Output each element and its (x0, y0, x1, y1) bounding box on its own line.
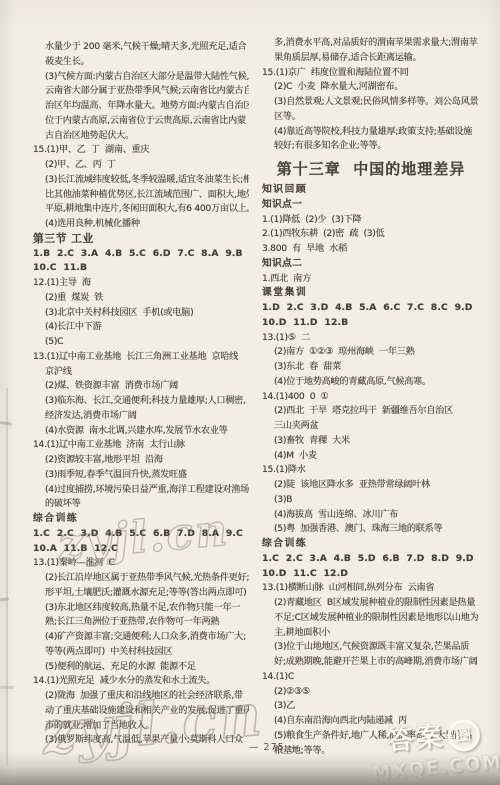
scanned-answer-page: 水量少于 200 毫米,气候干燥;晴天多,光照充足,适合莜麦生长。(3)气候方面… (0, 0, 500, 785)
scan-bottom-edge (0, 752, 500, 785)
answer-item-line: 1.西北 南方 (262, 272, 480, 287)
answer-text-line: (4)靠近高等院校,科技力量雄厚;政策支持;基础设施 (262, 125, 480, 140)
answer-text-line: (4)自东南沿海向西北内陆递减 丙 (262, 714, 480, 729)
subsection-heading: 综合训练 (33, 512, 249, 527)
answer-text-line: (3)东北地区纬度较高,热量不足,农作物只能一年一 (33, 601, 249, 616)
answer-text-line: (4)过度捕捞,环境污染日益严重,海洋工程建设对渔场 (33, 483, 249, 498)
answer-text-line: (4)选用良种,机械化播种 (33, 217, 249, 232)
answer-text-line: (2)陡 该地区降水多 亚热带常绿阔叶林 (262, 478, 480, 493)
answer-text-line: 熟;长江三角洲位于亚热带,农作物可一年两熟 (33, 615, 249, 630)
answer-text-line: (4)位于地势高峻的青藏高原,气候高寒。 (262, 375, 480, 390)
answer-text-line: (2)南方 ①②③ 琼州海峡 一年三熟 (262, 345, 480, 360)
answer-key-row: 1.C 2.C 3.A 4.B 5.D 6.B 7.D 8.D 9.D (262, 552, 480, 567)
answer-text-line: 古自治区地势起伏大。 (33, 129, 249, 144)
section-heading: 第三节 工业 (33, 232, 249, 247)
answer-text-line: (3)东北 春 甜菜 (262, 360, 480, 375)
answer-text-line: 莜麦生长。 (33, 55, 249, 70)
subsection-heading-label: 综合训练 (262, 537, 307, 552)
answer-text-line: 果角质层厚,易储存,适合长距离运输。 (262, 51, 480, 66)
answer-key-row: 10.D 11.D 12.B (262, 316, 480, 331)
answer-text-line: 好;成熟期晚,能避开芒果上市的高峰期,消费市场广阔 (262, 655, 480, 670)
answer-item-line: 13.(1)⑤ 二 (262, 331, 480, 346)
answer-text-line: (3)乙 (262, 699, 480, 714)
answer-text-line: (4)海拔高 雪山连绵、冰川广布 (262, 508, 480, 523)
answer-text-line: (2)陇海 加强了重庆和沿线地区的社会经济联系,带 (33, 689, 249, 704)
answer-key-row: 10.C 11.B (33, 261, 249, 276)
answer-text-line: 治区年均温高、年降水量大。地势方面:内蒙古自治区 (33, 99, 249, 114)
answer-text-line: 水量少于 200 毫米,气候干燥;晴天多,光照充足,适合 (33, 40, 249, 55)
knowledge-point-heading: 知识点一 (262, 198, 480, 213)
answer-text-line: 不足;C区域发展种植业的限制性因素是地形以山地为 (262, 611, 480, 626)
answer-text-line: (3)长江流域纬度较低,冬季较温暖,适宜冬油菜生长;相 (33, 173, 249, 188)
answer-text-line: 主,耕地面积小 (262, 626, 480, 641)
chapter-heading: 第十三章 中国的地理差异 (262, 155, 480, 183)
answer-text-line: 形平坦,土壤肥沃;灌溉水源充足;等等(答出两点即可) (33, 586, 249, 601)
answer-text-line: (2)C 小麦 降水量大,河湖密布。 (262, 80, 480, 95)
answer-text-line: 区等。 (262, 110, 480, 125)
answer-key-row: 10.D 11.C 12.D (262, 567, 480, 582)
scan-smudge (0, 421, 12, 426)
answer-item-line: 2.(1)西牧东耕 (2)密 疏 (3)低 (262, 227, 480, 242)
answer-key-row: 1.B 2.C 3.A 4.B 5.C 6.D 7.C 8.A 9.B (33, 247, 249, 262)
answer-text-line: (4)长江中下游 (33, 320, 249, 335)
answer-item-line: 14.(1)光照充足 减少水分的蒸发和水土流失。 (33, 674, 249, 689)
subsection-heading: 知识回顾 (262, 183, 480, 198)
answer-text-line: 京沪线 (33, 365, 249, 380)
answer-text-line: (2)重 煤炭 铁 (33, 291, 249, 306)
answer-text-line: (5)C (33, 335, 249, 350)
answer-text-line: (2)甲、乙、丙 丁 (33, 158, 249, 173)
answer-text-line: (5)便利的航运、充足的水源 能源不足 (33, 660, 249, 675)
answer-text-line: 位于内蒙古高原,云南省位于云贵高原,云南省比内蒙 (33, 114, 249, 129)
answer-key-row: 1.C 2.C 3.D 4.B 5.C 6.B 7.D 8.A 9.C (33, 527, 249, 542)
answer-item-line: 13.(1)秦岭—淮河 C (33, 556, 249, 571)
answer-item-line: 13.(1)辽中南工业基地 长江三角洲工业基地 京哈线 (33, 350, 249, 365)
answer-text-line: (3)气候方面:内蒙古自治区大部分是温带大陆性气候, (33, 70, 249, 85)
answer-item-line: 12.(1)主导 海 (33, 276, 249, 291)
answer-text-line: 较好;有很多知名企业;等等。 (262, 139, 480, 154)
answer-text-line: (3)临东海、长江,交通便利;科技力量雄厚;人口稠密, (33, 394, 249, 409)
left-text-column: 水量少于 200 毫米,气候干燥;晴天多,光照充足,适合莜麦生长。(3)气候方面… (33, 40, 249, 748)
answer-text-line: (2)煤、铁资源丰富 消费市场广阔 (33, 379, 249, 394)
answer-text-line: (3)俄罗斯纬度高,气温低,苹果产量小;莫斯科人口众 (33, 733, 249, 748)
knowledge-point-heading: 知识点二 (262, 257, 480, 272)
scan-smudge (0, 686, 14, 689)
answer-text-line: (4)水资源 南水北调,兴建水库,发展节水农业等 (33, 424, 249, 439)
answer-text-line: (3)北京中关村科技园区 手机(或电脑) (33, 306, 249, 321)
answer-text-line: (4)矿产资源丰富;交通便利;人口众多,消费市场广大; (33, 630, 249, 645)
subsection-heading-label: 知识回顾 (262, 183, 307, 198)
answer-item-line: 14.(1)辽中南工业基地 济南 太行山脉 (33, 438, 249, 453)
answer-item-line: 1.(1)降低 (2)少 (3)下降 (262, 213, 480, 228)
answer-text-line: 比其他油菜种植优势区,长江流域范围广、面积大,地处 (33, 188, 249, 203)
answer-text-line: (3)自然景观;人文景观;民俗风情多样等。刘公岛风景 (262, 95, 480, 110)
answer-text-line: 的破坏等 (33, 497, 249, 512)
subsection-heading-label: 综合训练 (33, 512, 78, 527)
subsection-heading-label: 课堂集训 (262, 286, 307, 301)
answer-text-line: 三山夹两盆 (262, 419, 480, 434)
answer-text-line: (2)西北 干旱 塔克拉玛干 新疆维吾尔自治区 (262, 404, 480, 419)
answer-text-line: (3)位于山地地区,气候资源既丰富又复杂,芒果品质 (262, 640, 480, 655)
answer-text-line: 多,消费水平高,对品质好的渭南苹果需求量大;渭南苹 (262, 36, 480, 51)
answer-text-line: (3)畜牧 青稞 大米 (262, 434, 480, 449)
answer-item-line: 3.800 有 旱地 水稻 (262, 242, 480, 257)
answer-key-row: 10.A 11.B 12.C (33, 542, 249, 557)
answer-text-line: (2)资源较丰富,地形平坦 沿海 (33, 453, 249, 468)
subsection-heading: 综合训练 (262, 537, 480, 552)
answer-key-row: 1.D 2.C 3.D 4.B 5.A 6.C 7.C 8.C 9.D (262, 301, 480, 316)
answer-text-line: 经济发达,消费市场广阔 (33, 409, 249, 424)
right-text-column: 多,消费水平高,对品质好的渭南苹果需求量大;渭南苹果角质层厚,易储存,适合长距离… (262, 36, 480, 758)
answer-item-line: 13.(1)横断山脉 山河相间,纵列分布 云南省 (262, 581, 480, 596)
subsection-heading: 课堂集训 (262, 286, 480, 301)
answer-text-line: 市的就业,增加了当地收入。 (33, 719, 249, 734)
answer-text-line: (2)青藏地区 B区域发展种植业的限制性因素是热量 (262, 596, 480, 611)
answer-text-line: (3)雨季短,春季气温回升快,蒸发旺盛 (33, 468, 249, 483)
answer-text-line: (2)②③⑤ (262, 685, 480, 700)
answer-item-line: 15.(1)京广 纬度位置和海陆位置不同 (262, 66, 480, 81)
answer-text-line: (3)B (262, 493, 480, 508)
answer-text-line: (5)粤 加强香港、澳门、珠海三地的联系等 (262, 522, 480, 537)
answer-text-line: 平原,耕地集中连片,冬闲田面积大,有6 400万亩以上。 (33, 202, 249, 217)
answer-item-line: 14.(1)400 0 ① (262, 390, 480, 405)
answer-text-line: 动了重庆基础设施建设和相关产业的发展,促进了重庆 (33, 704, 249, 719)
answer-item-line: 15.(1)降水 (262, 463, 480, 478)
scan-spine-line (6, 388, 8, 766)
answer-text-line: (2)长江沿岸地区属于亚热带季风气候,光热条件更好;地 (33, 571, 249, 586)
answer-item-line: 15.(1)甲、乙 丁 湖南、重庆 (33, 143, 249, 158)
answer-text-line: 云南省大部分属于亚热带季风气候;云南省比内蒙古自 (33, 84, 249, 99)
answer-text-line: (4)M 小麦 (262, 449, 480, 464)
scan-smudge (0, 598, 9, 602)
answer-text-line: 等等(两点即可) 中关村科技园区 (33, 645, 249, 660)
answer-item-line: 14.(1)C (262, 670, 480, 685)
